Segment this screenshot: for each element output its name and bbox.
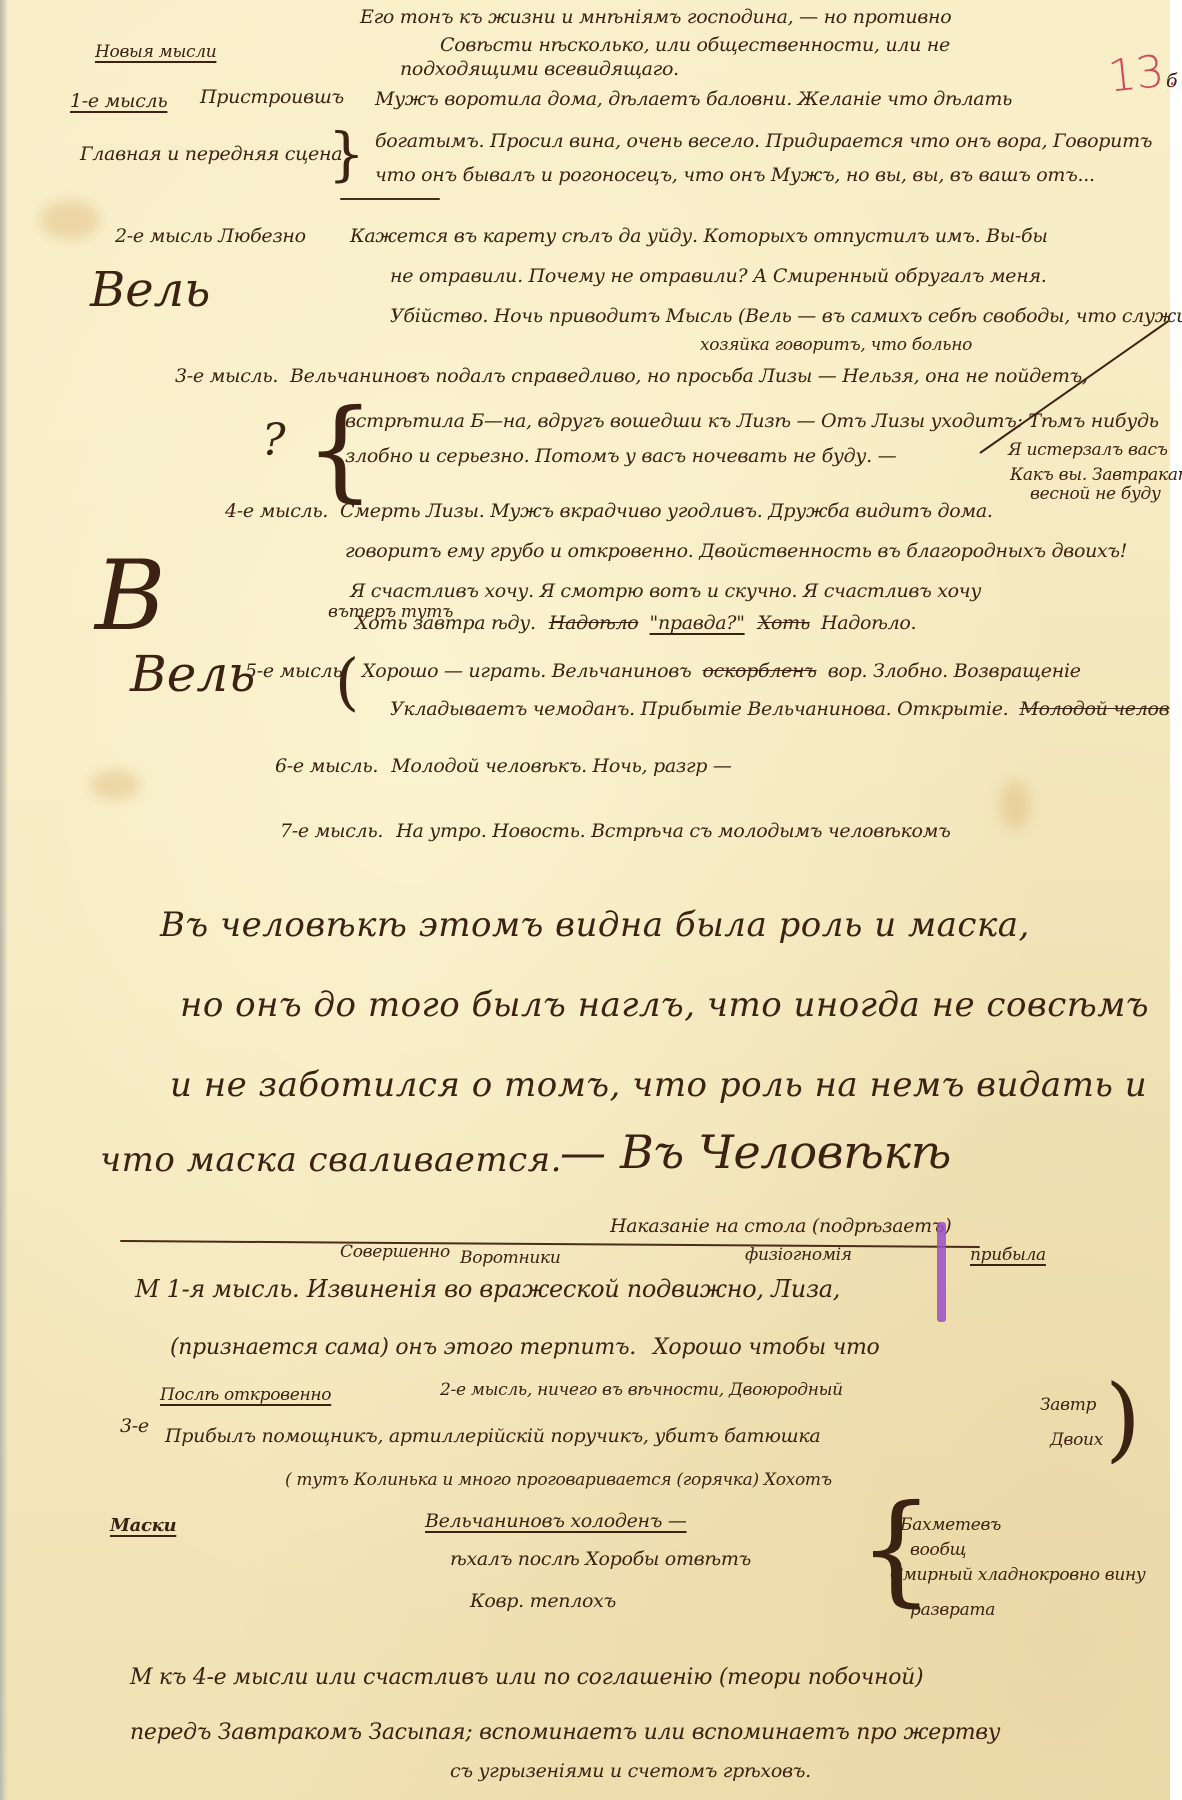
act7-row: 7-е мысль. На утро. Новость. Встрѣча съ … bbox=[280, 820, 951, 842]
margin-act1-label: 1-е мысль bbox=[70, 90, 167, 112]
act3-line-3: злобно и серьезно. Потомъ у васъ ночеват… bbox=[345, 445, 896, 467]
bottom-m6: Вельчаниновъ холоденъ — bbox=[425, 1510, 687, 1532]
act3-aside-1: Я истерзалъ васъ bbox=[1008, 440, 1168, 460]
manuscript-page: 13. б Новыя мысли Его тонъ къ жизни и мн… bbox=[0, 0, 1182, 1800]
act3-aside-3: весной не буду bbox=[1030, 484, 1161, 504]
act1-brace: } bbox=[328, 120, 365, 188]
act5-struck-word: оскорбленъ bbox=[702, 660, 816, 682]
page-right-edge bbox=[1170, 0, 1182, 1800]
act5-line-1-end: вор. Злобно. Возвращеніе bbox=[828, 660, 1081, 682]
bottom-m10: передъ Завтракомъ Засыпая; вспоминаетъ и… bbox=[130, 1720, 1000, 1745]
motto-line-2: но онъ до того былъ наглъ, что иногда не… bbox=[180, 985, 1149, 1025]
underline-rule bbox=[340, 198, 440, 200]
act2-line-4: хозяйка говоритъ, что больно bbox=[700, 335, 972, 355]
paper-stain bbox=[40, 200, 100, 240]
bottom-m4-right: Двоих bbox=[1050, 1430, 1103, 1450]
margin-vel-1: Вель bbox=[90, 262, 210, 318]
act4-line-3: Я счастливъ хочу. Я смотрю вотъ и скучно… bbox=[350, 580, 981, 602]
act5-label: 5-е мысль bbox=[245, 660, 342, 682]
act5-line-2: Укладываетъ чемоданъ. Прибытіе Вельчанин… bbox=[390, 698, 1169, 720]
margin-vel-2: Вель bbox=[130, 645, 255, 703]
bottom-m4-label: 3-е bbox=[120, 1415, 149, 1437]
act1-line-2: богатымъ. Просил вина, очень весело. При… bbox=[375, 130, 1152, 152]
act7-line-1: На утро. Новость. Встрѣча съ молодымъ че… bbox=[396, 820, 950, 842]
act5-line-2-text: Укладываетъ чемоданъ. Прибытіе Вельчанин… bbox=[390, 698, 1008, 720]
act4-struck-word-2: Хоть bbox=[758, 612, 810, 634]
act4-line-2: говоритъ ему грубо и откровенно. Двойств… bbox=[345, 540, 1127, 562]
bottom-above-rule: Наказаніе на стола (подрѣзаетъ) bbox=[610, 1215, 951, 1237]
act2-line-1: Кажется въ карету сѣлъ да уйду. Которыхъ… bbox=[350, 225, 1048, 247]
act3-label: 3-е мысль. bbox=[175, 365, 278, 387]
act4-line-4-text: Хоть завтра ѣду. bbox=[355, 612, 536, 634]
bottom-m7-right-2: Смирный хладнокровно вину bbox=[890, 1565, 1146, 1585]
motto-line-4: что маска сваливается. bbox=[100, 1140, 562, 1180]
act6-label: 6-е мысль. bbox=[275, 755, 378, 777]
margin-query-mark: ? bbox=[262, 415, 286, 466]
act4-line-4-end: Надоѣло. bbox=[821, 612, 916, 634]
bottom-m2: (признается сама) онъ этого терпитъ. bbox=[170, 1335, 636, 1360]
top-line-2: Совѣсти нѣсколько, или общественности, и… bbox=[440, 34, 950, 56]
act4-quote: "правда?" bbox=[650, 612, 745, 634]
page-left-edge bbox=[0, 0, 8, 1800]
bottom-m3-right: Завтр bbox=[1040, 1395, 1096, 1415]
strike-diagonal bbox=[979, 320, 1169, 454]
motto-signature: — Въ Человѣкѣ bbox=[560, 1125, 951, 1179]
bottom-m3-pre: Послѣ откровенно bbox=[160, 1385, 331, 1405]
act6-row: 6-е мысль. Молодой человѣкъ. Ночь, разгр… bbox=[275, 755, 732, 777]
act4-line-4: Хоть завтра ѣду. Надоѣло "правда?" Хоть … bbox=[355, 612, 916, 634]
act2-line-3: Убійство. Ночь приводитъ Мысль (Вель — в… bbox=[390, 305, 1182, 327]
act4-line-1: Смерть Лизы. Мужъ вкрадчиво угодливъ. Др… bbox=[340, 500, 993, 522]
margin-act1-note: Главная и передняя сцена bbox=[80, 143, 342, 165]
bottom-m11: съ угрызеніями и счетомъ грѣховъ. bbox=[450, 1760, 811, 1782]
act5-brace: ( bbox=[335, 645, 359, 718]
top-line-3: подходящими всевидящаго. bbox=[400, 58, 679, 80]
folio-tail: б bbox=[1166, 70, 1177, 92]
bottom-m2-paren: Хорошо чтобы что bbox=[653, 1335, 879, 1360]
note-right: прибыла bbox=[970, 1245, 1046, 1265]
bottom-m2-row: (признается сама) онъ этого терпитъ. Хор… bbox=[170, 1335, 879, 1360]
note-mid-2: физіогномія bbox=[745, 1245, 852, 1265]
paper-stain bbox=[1000, 780, 1030, 830]
act5-struck-end: Молодой челов bbox=[1019, 698, 1169, 720]
paper-stain bbox=[90, 770, 140, 800]
act1-line-1: Мужъ воротила дома, дѣлаетъ баловни. Жел… bbox=[375, 88, 1012, 110]
motto-line-1: Въ человѣкѣ этомъ видна была роль и маск… bbox=[160, 905, 1030, 945]
act5-line-1-text: Хорошо — играть. Вельчаниновъ bbox=[362, 660, 691, 682]
note-left: Совершенно bbox=[340, 1242, 450, 1262]
margin-heading: Новыя мысли bbox=[95, 42, 216, 62]
act4-struck-word: Надоѣло bbox=[549, 612, 639, 634]
bottom-m8: Ковр. теплохъ bbox=[470, 1590, 616, 1612]
margin-mask-label: Маски bbox=[110, 1515, 176, 1536]
act2-label: 2-е мысль Любезно bbox=[115, 225, 306, 247]
act4-label: 4-е мысль. bbox=[225, 500, 328, 522]
act6-line-1: Молодой человѣкъ. Ночь, разгр — bbox=[391, 755, 731, 777]
motto-line-3: и не заботился о томъ, что роль на немъ … bbox=[170, 1065, 1147, 1105]
act2-line-2: не отравили. Почему не отравили? А Смире… bbox=[390, 265, 1046, 287]
act7-label: 7-е мысль. bbox=[280, 820, 383, 842]
act3-line-1: Вельчаниновъ подалъ справедливо, но прос… bbox=[290, 365, 1088, 387]
act1-line-3: что онъ бывалъ и рогоносецъ, что онъ Муж… bbox=[375, 164, 1095, 186]
violet-ink-mark bbox=[937, 1222, 946, 1322]
top-line-1: Его тонъ къ жизни и мнѣніямъ господина, … bbox=[360, 6, 951, 28]
bottom-m5: ( тутъ Колинька и много проговаривается … bbox=[285, 1470, 832, 1490]
bottom-m7-right-1: вообщ bbox=[910, 1540, 966, 1560]
bottom-m9: М къ 4-е мысли или счастливъ или по согл… bbox=[130, 1665, 923, 1690]
margin-big-letter: В bbox=[95, 540, 166, 652]
bottom-m7: ѣхалъ послѣ Хоробы отвѣтъ bbox=[450, 1548, 751, 1570]
act5-line-1: Хорошо — играть. Вельчаниновъ оскорбленъ… bbox=[362, 660, 1081, 682]
right-paren: ) bbox=[1105, 1365, 1141, 1472]
bottom-m3: 2-е мысль, ничего въ вѣчности, Двоюродны… bbox=[440, 1380, 843, 1400]
act3-aside-2: Какъ вы. Завтракать bbox=[1010, 465, 1182, 485]
bottom-m4: Прибылъ помощникъ, артиллерійскій поручи… bbox=[165, 1425, 820, 1447]
bottom-m1: М 1-я мысль. Извиненія во вражеской подв… bbox=[135, 1275, 840, 1303]
act1-label: Пристроившъ bbox=[200, 86, 344, 108]
note-mid-1: Воротники bbox=[460, 1248, 561, 1268]
bottom-m8-right: разврата bbox=[910, 1600, 995, 1620]
